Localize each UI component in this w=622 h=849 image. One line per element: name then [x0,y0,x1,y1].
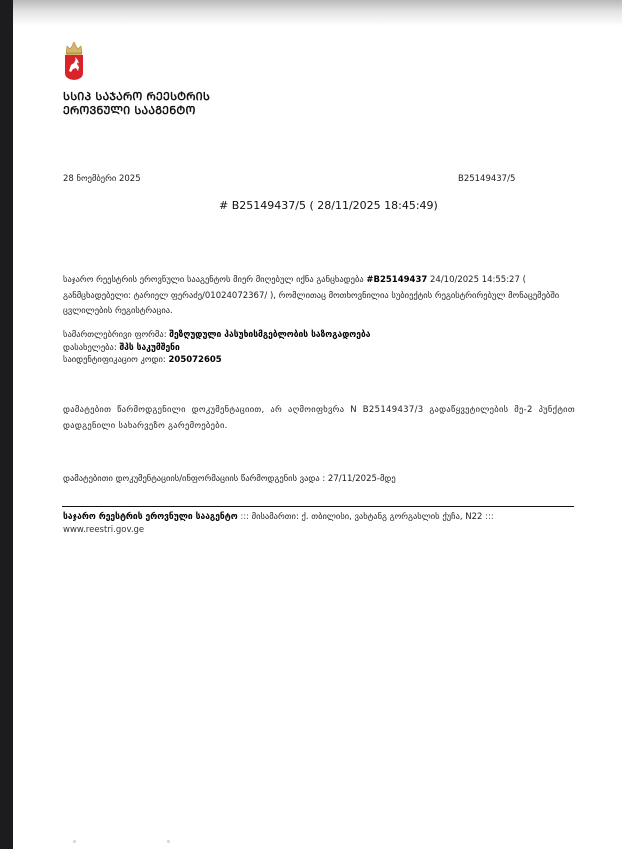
footer-organization: საჯარო რეესტრის ეროვნული სააგენტო [63,512,238,522]
field-identification-code: საიდენტიფიკაციო კოდი: 205072605 [63,354,370,367]
footer-address: მისამართი: ქ. თბილისი, ვახტანგ გორგასლის… [252,512,483,522]
decision-paragraph: დამატებით წარმოდგენილი დოკუმენტაციით, არ… [63,403,575,434]
document-number: # B25149437/5 ( 28/11/2025 18:45:49) [219,199,438,212]
document-reference: B25149437/5 [458,174,515,184]
field-value: შეზღუდული პასუხისმგებლობის საზოგადოება [169,330,370,340]
field-entity-name: დასახელება: შპს საკუმშენი [63,342,370,355]
application-number: #B25149437 [366,275,427,285]
field-value: 205072605 [168,355,221,365]
scan-artifact [167,840,170,843]
footer-divider [62,506,574,507]
organization-name-line1: ᲡᲡᲘᲞ ᲡᲐᲯᲐᲠᲝ ᲠᲔᲔᲡᲢᲠᲘᲡ [63,90,210,104]
viewer-left-edge [0,0,13,849]
field-value: შპს საკუმშენი [119,343,179,353]
page-footer: საჯარო რეესტრის ეროვნული სააგენტო ::: მი… [63,511,494,537]
document-page: ᲡᲡᲘᲞ ᲡᲐᲯᲐᲠᲝ ᲠᲔᲔᲡᲢᲠᲘᲡ ᲔᲠᲝᲕᲜᲣᲚᲘ ᲡᲐᲐᲒᲔᲜᲢᲝ 2… [13,0,622,849]
field-label: საიდენტიფიკაციო კოდი: [63,355,168,365]
document-viewer: ᲡᲡᲘᲞ ᲡᲐᲯᲐᲠᲝ ᲠᲔᲔᲡᲢᲠᲘᲡ ᲔᲠᲝᲕᲜᲣᲚᲘ ᲡᲐᲐᲒᲔᲜᲢᲝ 2… [0,0,622,849]
field-label: სამართლებრივი ფორმა: [63,330,169,340]
field-legal-form: სამართლებრივი ფორმა: შეზღუდული პასუხისმგ… [63,329,370,342]
submission-deadline: დამატებითი დოკუმენტაციის/ინფორმაციის წარ… [63,474,396,484]
scan-artifact [73,840,76,843]
organization-name: ᲡᲡᲘᲞ ᲡᲐᲯᲐᲠᲝ ᲠᲔᲔᲡᲢᲠᲘᲡ ᲔᲠᲝᲕᲜᲣᲚᲘ ᲡᲐᲐᲒᲔᲜᲢᲝ [63,90,210,118]
page-top-shadow [13,0,622,26]
footer-separator: ::: [238,512,252,522]
footer-separator-end: ::: [482,512,493,522]
field-label: დასახელება: [63,343,119,353]
intro-paragraph: საჯარო რეესტრის ეროვნული სააგენტოს მიერ … [63,273,575,320]
footer-website-link[interactable]: www.reestri.gov.ge [63,525,144,535]
document-date: 28 ნოემბერი 2025 [63,174,141,184]
intro-text-before: საჯარო რეესტრის ეროვნული სააგენტოს მიერ … [63,275,366,285]
entity-details: სამართლებრივი ფორმა: შეზღუდული პასუხისმგ… [63,329,370,367]
georgia-coat-of-arms-icon [63,41,85,81]
organization-name-line2: ᲔᲠᲝᲕᲜᲣᲚᲘ ᲡᲐᲐᲒᲔᲜᲢᲝ [63,104,210,118]
